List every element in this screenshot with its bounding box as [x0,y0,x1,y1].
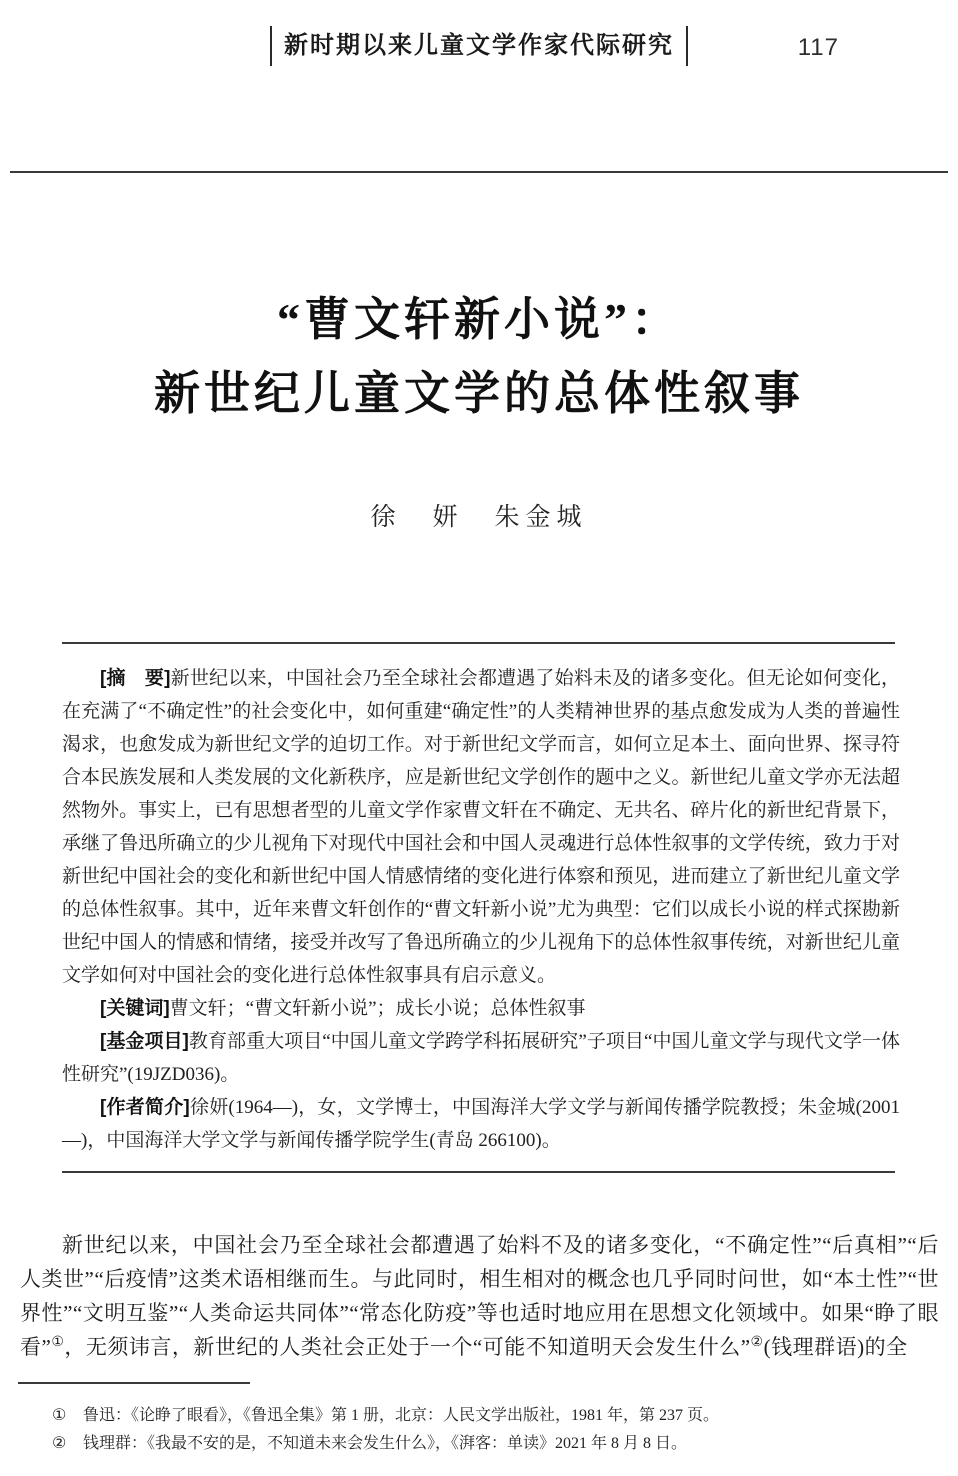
footnote-ref-2: ② [751,1335,764,1350]
abstract-label: [摘 要] [100,668,170,689]
fund-label: [基金项目] [100,1031,189,1052]
keywords-text: 曹文轩；“曹文轩新小说”；成长小说；总体性叙事 [170,998,586,1019]
front-matter-bottom-rule [62,1171,895,1173]
keywords-label: [关键词] [100,998,170,1019]
footnote-marker: ② [52,1430,83,1458]
footnote-marker: ① [52,1402,83,1430]
body-paragraph: 新世纪以来，中国社会乃至全球社会都遭遇了始料不及的诸多变化，“不确定性”“后真相… [20,1228,939,1364]
page-number: 117 [798,34,839,62]
abstract-text: 新世纪以来，中国社会乃至全球社会都遭遇了始料未及的诸多变化。但无论如何变化，在充… [62,668,900,986]
keywords-paragraph: [关键词]曹文轩；“曹文轩新小说”；成长小说；总体性叙事 [62,992,900,1025]
footnote-text: 鲁迅：《论睁了眼看》，《鲁迅全集》第 1 册，北京：人民文学出版社，1981 年… [83,1402,932,1430]
footnote-item: ② 钱理群：《我最不安的是，不知道未来会发生什么》，《湃客：单读》2021 年 … [52,1430,932,1458]
article-title: “曹文轩新小说”： 新世纪儿童文学的总体性叙事 [0,283,958,431]
bio-label: [作者简介] [100,1097,190,1118]
footnote-divider-rule [18,1382,250,1384]
fund-paragraph: [基金项目]教育部重大项目“中国儿童文学跨学科拓展研究”子项目“中国儿童文学与现… [62,1025,900,1091]
bio-paragraph: [作者简介]徐妍(1964—)，女，文学博士，中国海洋大学文学与新闻传播学院教授… [62,1091,900,1157]
title-line-2: 新世纪儿童文学的总体性叙事 [0,357,958,431]
abstract-paragraph: [摘 要]新世纪以来，中国社会乃至全球社会都遭遇了始料未及的诸多变化。但无论如何… [62,662,900,992]
title-line-1: “曹文轩新小说”： [0,283,958,357]
front-matter-block: [摘 要]新世纪以来，中国社会乃至全球社会都遭遇了始料未及的诸多变化。但无论如何… [62,662,900,1157]
body-text-block: 新世纪以来，中国社会乃至全球社会都遭遇了始料不及的诸多变化，“不确定性”“后真相… [20,1228,939,1364]
footnote-text: 钱理群：《我最不安的是，不知道未来会发生什么》，《湃客：单读》2021 年 8 … [83,1430,932,1458]
running-head-text: 新时期以来儿童文学作家代际研究 [270,26,688,66]
front-matter-top-rule [62,642,895,644]
header-divider-rule [10,171,948,173]
authors-line: 徐 妍 朱金城 [0,497,958,533]
footnote-item: ① 鲁迅：《论睁了眼看》，《鲁迅全集》第 1 册，北京：人民文学出版社，1981… [52,1402,932,1430]
document-page: 新时期以来儿童文学作家代际研究 117 “曹文轩新小说”： 新世纪儿童文学的总体… [0,0,958,1476]
footnote-list: ① 鲁迅：《论睁了眼看》，《鲁迅全集》第 1 册，北京：人民文学出版社，1981… [52,1402,932,1458]
footnote-ref-1: ① [51,1335,64,1350]
body-segment-3: (钱理群语)的全 [764,1335,908,1359]
body-segment-2: ，无须讳言，新世纪的人类社会正处于一个“可能不知道明天会发生什么” [64,1335,750,1359]
